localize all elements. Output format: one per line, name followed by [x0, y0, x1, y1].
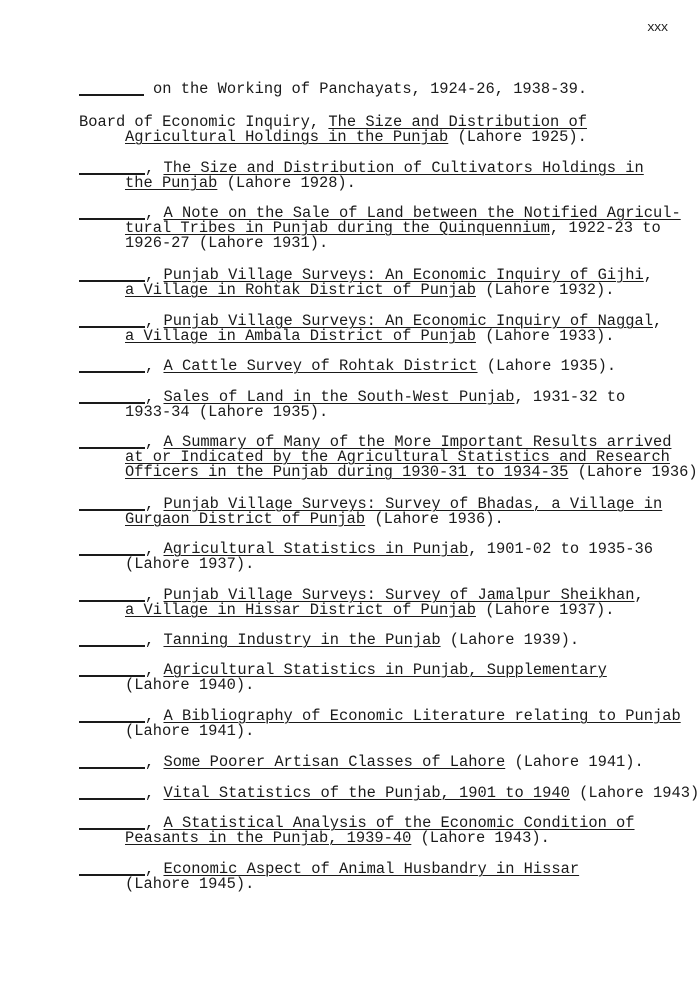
entry-line: Agricultural Holdings in the Punjab (Lah… [125, 130, 587, 145]
citation-text: (Lahore 1935). [478, 357, 617, 375]
title-text: Officers in the Punjab during 1930-31 to… [125, 463, 568, 481]
citation-text: (Lahore 1925). [448, 128, 587, 146]
author-repeat-dash [79, 675, 145, 677]
citation-text: , [644, 266, 653, 284]
author-repeat-dash [79, 798, 145, 800]
title-text: Some Poorer Artisan Classes of Lahore [163, 753, 505, 771]
entry-line: (Lahore 1937). [125, 557, 254, 572]
citation-text: (Lahore 1937). [476, 601, 615, 619]
author-repeat-dash [79, 218, 145, 220]
citation-text: (Lahore 1936). [365, 510, 504, 528]
title-text: a Village in Hissar District of Punjab [125, 601, 476, 619]
author-repeat-dash [79, 874, 145, 876]
citation-text: (Lahore 1943). [411, 829, 550, 847]
citation-text: (Lahore 1943). [570, 784, 700, 802]
author-repeat-dash [79, 447, 145, 449]
citation-text: (Lahore 1936). [568, 463, 700, 481]
author-repeat-dash [79, 173, 145, 175]
citation-text: (Lahore 1941). [505, 753, 644, 771]
citation-text: (Lahore 1928). [217, 174, 356, 192]
author-repeat-dash [79, 828, 145, 830]
title-text: a Village in Rohtak District of Punjab [125, 281, 476, 299]
entry-line: Peasants in the Punjab, 1939-40 (Lahore … [125, 831, 550, 846]
author-repeat-dash [79, 645, 145, 647]
citation-text: (Lahore 1939). [441, 631, 580, 649]
entry-line: , Tanning Industry in the Punjab (Lahore… [145, 633, 579, 648]
author-repeat-dash [79, 600, 145, 602]
author-repeat-dash [79, 721, 145, 723]
title-text: the Punjab [125, 174, 217, 192]
entry-line: (Lahore 1945). [125, 877, 254, 892]
citation-text: , 1901-02 to 1935-36 [468, 540, 653, 558]
title-text: Gurgaon District of Punjab [125, 510, 365, 528]
citation-text: , [145, 631, 163, 649]
citation-text: , [145, 753, 163, 771]
citation-text: (Lahore 1932). [476, 281, 615, 299]
citation-text: , [145, 784, 163, 802]
title-text: Vital Statistics of the Punjab, 1901 to … [163, 784, 569, 802]
citation-text: 1933-34 (Lahore 1935). [125, 403, 328, 421]
author-repeat-dash [79, 767, 145, 769]
title-text: A Cattle Survey of Rohtak District [163, 357, 477, 375]
entry-line: , A Cattle Survey of Rohtak District (La… [145, 359, 616, 374]
citation-text: (Lahore 1940). [125, 676, 254, 694]
author-repeat-dash [79, 509, 145, 511]
citation-text: , 1922-23 to [550, 219, 661, 237]
entry-line: Officers in the Punjab during 1930-31 to… [125, 465, 700, 480]
entry-line: , Vital Statistics of the Punjab, 1901 t… [145, 786, 700, 801]
citation-text: (Lahore 1945). [125, 875, 254, 893]
entry-line: the Punjab (Lahore 1928). [125, 176, 356, 191]
author-repeat-dash [79, 94, 144, 96]
entry-line: a Village in Hissar District of Punjab (… [125, 603, 615, 618]
entry-line: , Some Poorer Artisan Classes of Lahore … [145, 755, 644, 770]
citation-text: 1926-27 (Lahore 1931). [125, 234, 328, 252]
page-number: xxx [647, 20, 667, 35]
entry-line: Gurgaon District of Punjab (Lahore 1936)… [125, 512, 504, 527]
title-text: Tanning Industry in the Punjab [163, 631, 440, 649]
citation-text: , 1931-32 to [514, 388, 625, 406]
entry-line: a Village in Rohtak District of Punjab (… [125, 283, 615, 298]
entry-line: a Village in Ambala District of Punjab (… [125, 329, 615, 344]
citation-text: , [145, 357, 163, 375]
author-repeat-dash [79, 371, 145, 373]
author-repeat-dash [79, 554, 145, 556]
citation-text: (Lahore 1937). [125, 555, 254, 573]
citation-text: on the Working of Panchayats, 1924-26, 1… [153, 80, 587, 98]
title-text: Agricultural Holdings in the Punjab [125, 128, 448, 146]
entry-line: 1926-27 (Lahore 1931). [125, 236, 328, 251]
citation-text: , [635, 586, 644, 604]
author-repeat-dash [79, 402, 145, 404]
author-repeat-dash [79, 280, 145, 282]
title-text: Peasants in the Punjab, 1939-40 [125, 829, 411, 847]
entry-line: (Lahore 1940). [125, 678, 254, 693]
entry-line: 1933-34 (Lahore 1935). [125, 405, 328, 420]
title-text: a Village in Ambala District of Punjab [125, 327, 476, 345]
citation-text: (Lahore 1933). [476, 327, 615, 345]
citation-text: , [653, 312, 662, 330]
entry-line: on the Working of Panchayats, 1924-26, 1… [153, 82, 587, 97]
citation-text: (Lahore 1941). [125, 722, 254, 740]
author-repeat-dash [79, 326, 145, 328]
entry-line: (Lahore 1941). [125, 724, 254, 739]
